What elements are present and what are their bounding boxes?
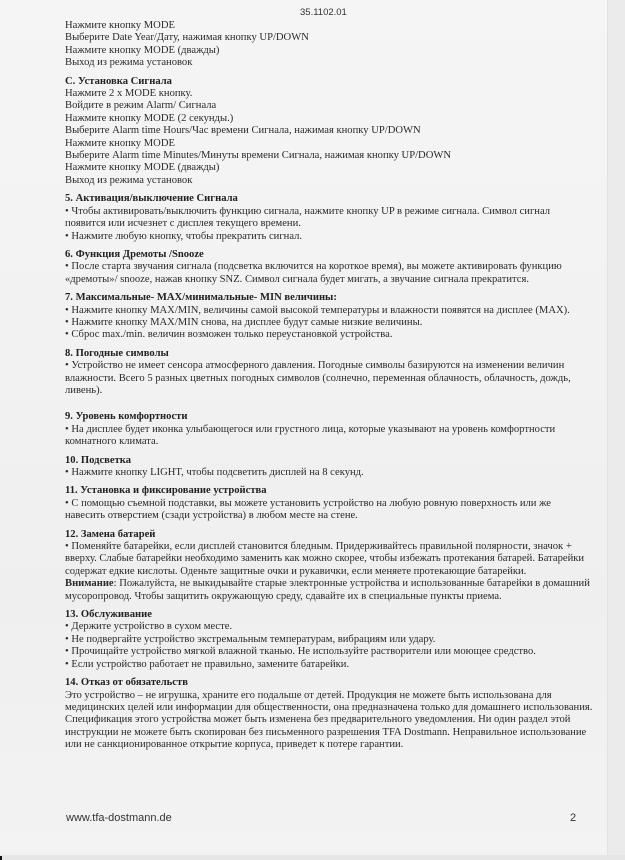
instruction-line: Выход из режима установок bbox=[65, 175, 605, 187]
section-14-disclaimer: 14. Отказ от обязательств Это устройство… bbox=[65, 677, 605, 751]
text-line: появится или исчезнет с дисплея текущего… bbox=[65, 218, 605, 230]
text-line: ливень). bbox=[65, 385, 605, 397]
instruction-line: Войдите в режим Alarm/ Сигнала bbox=[65, 100, 605, 112]
text-line: Это устройство – не игрушка, храните его… bbox=[65, 690, 605, 702]
text-line: влажности. Всего 5 разных цветных погодн… bbox=[65, 373, 605, 385]
text-line: • Нажмите кнопку MAX/MIN, величины самой… bbox=[65, 305, 605, 317]
section-5-alarm-toggle: 5. Активация/выключение Сигнала • Чтобы … bbox=[65, 193, 605, 243]
text-line: инструкции не можете быть скопирован без… bbox=[65, 727, 605, 739]
text-line: навесить отверстием (сзади устройства) в… bbox=[65, 510, 605, 522]
document-body: Нажмите кнопку MODE Выберите Date Year/Д… bbox=[65, 20, 605, 752]
attention-text: : Пожалуйста, не выкидывайте старые элек… bbox=[114, 578, 590, 589]
attention-label: Внимание bbox=[65, 578, 114, 589]
section-8-weather-symbols: 8. Погодные символы • Устройство не имее… bbox=[65, 348, 605, 398]
section-6-snooze: 6. Функция Дремоты /Snooze • После старт… bbox=[65, 249, 605, 286]
text-line: Спецификация этого устройства может быть… bbox=[65, 714, 605, 726]
section-alarm-setup: С. Установка Сигнала Нажмите 2 x MODE кн… bbox=[65, 76, 605, 188]
instruction-line: Выберите Date Year/Дату, нажимая кнопку … bbox=[65, 32, 605, 44]
text-line: • На дисплее будет иконка улыбающегося и… bbox=[65, 424, 605, 436]
instruction-line: Нажмите кнопку MODE bbox=[65, 20, 605, 32]
page-bottom-edge bbox=[0, 855, 625, 860]
section-heading: 6. Функция Дремоты /Snooze bbox=[65, 249, 605, 261]
text-line: • Поменяйте батарейки, если дисплей стан… bbox=[65, 541, 605, 553]
text-line: • Чтобы активировать/выключить функцию с… bbox=[65, 206, 605, 218]
text-line: • Нажмите любую кнопку, чтобы прекратить… bbox=[65, 231, 605, 243]
text-line: мусоропровод. Чтобы защитить окружающую … bbox=[65, 591, 605, 603]
section-heading: 14. Отказ от обязательств bbox=[65, 677, 605, 689]
text-line: • Устройство не имеет сенсора атмосферно… bbox=[65, 360, 605, 372]
text-line: медицинских целей или информации для общ… bbox=[65, 702, 605, 714]
instruction-line: Нажмите кнопку MODE bbox=[65, 138, 605, 150]
section-heading: С. Установка Сигнала bbox=[65, 76, 605, 88]
text-line: • Не подвергайте устройство экстремальны… bbox=[65, 634, 605, 646]
text-line: • Если устройство работает не правильно,… bbox=[65, 659, 605, 671]
page-edge bbox=[607, 0, 625, 860]
section-heading: 9. Уровень комфортности bbox=[65, 411, 605, 423]
text-line: содержат едкие кислоты. Оденьте защитные… bbox=[65, 566, 605, 578]
instruction-line: Выход из режима установок bbox=[65, 57, 605, 69]
text-line: • Нажмите кнопку MAX/MIN снова, на диспл… bbox=[65, 317, 605, 329]
section-heading: 8. Погодные символы bbox=[65, 348, 605, 360]
instruction-line: Нажмите кнопку MODE (2 секунды.) bbox=[65, 113, 605, 125]
text-line: комнатного климата. bbox=[65, 436, 605, 448]
text-line: • Держите устройство в сухом месте. bbox=[65, 621, 605, 633]
text-line: • С помощью съемной подставки, вы можете… bbox=[65, 498, 605, 510]
text-line: вверху. Слабые батарейки необходимо заме… bbox=[65, 553, 605, 565]
scan-corner-mark bbox=[0, 856, 2, 860]
attention-line: Внимание: Пожалуйста, не выкидывайте ста… bbox=[65, 578, 605, 590]
document-number: 35.1102.01 bbox=[300, 7, 347, 18]
section-heading: 10. Подсветка bbox=[65, 455, 605, 467]
section-heading: 5. Активация/выключение Сигнала bbox=[65, 193, 605, 205]
section-heading: 11. Установка и фиксирование устройства bbox=[65, 485, 605, 497]
instruction-line: Выберите Alarm time Hours/Час времени Си… bbox=[65, 125, 605, 137]
instruction-line: Нажмите кнопку MODE (дважды) bbox=[65, 45, 605, 57]
section-12-battery-replacement: 12. Замена батарей • Поменяйте батарейки… bbox=[65, 529, 605, 603]
footer-website: www.tfa-dostmann.de bbox=[66, 812, 172, 824]
section-9-comfort-level: 9. Уровень комфортности • На дисплее буд… bbox=[65, 411, 605, 448]
section-13-maintenance: 13. Обслуживание • Держите устройство в … bbox=[65, 609, 605, 671]
section-heading: 7. Максимальные- MAX/минимальные- MIN ве… bbox=[65, 292, 605, 304]
section-heading: 12. Замена батарей bbox=[65, 529, 605, 541]
section-heading: 13. Обслуживание bbox=[65, 609, 605, 621]
instruction-line: Нажмите кнопку MODE (дважды) bbox=[65, 162, 605, 174]
text-line: • Нажмите кнопку LIGHT, чтобы подсветить… bbox=[65, 467, 605, 479]
section-10-backlight: 10. Подсветка • Нажмите кнопку LIGHT, чт… bbox=[65, 455, 605, 480]
text-line: • Прочищайте устройство мягкой влажной т… bbox=[65, 646, 605, 658]
intro-steps: Нажмите кнопку MODE Выберите Date Year/Д… bbox=[65, 20, 605, 70]
text-line: «дремоты»/ snooze, нажав кнопку SNZ. Сим… bbox=[65, 274, 605, 286]
instruction-line: Выберите Alarm time Minutes/Минуты време… bbox=[65, 150, 605, 162]
section-11-mounting: 11. Установка и фиксирование устройства … bbox=[65, 485, 605, 522]
text-line: • После старта звучания сигнала (подсвет… bbox=[65, 261, 605, 273]
page-number: 2 bbox=[570, 812, 576, 824]
section-7-max-min: 7. Максимальные- MAX/минимальные- MIN ве… bbox=[65, 292, 605, 342]
instruction-line: Нажмите 2 x MODE кнопку. bbox=[65, 88, 605, 100]
text-line: • Сброс max./min. величин возможен тольк… bbox=[65, 329, 605, 341]
text-line: или не санкционированное открытие корпус… bbox=[65, 739, 605, 751]
